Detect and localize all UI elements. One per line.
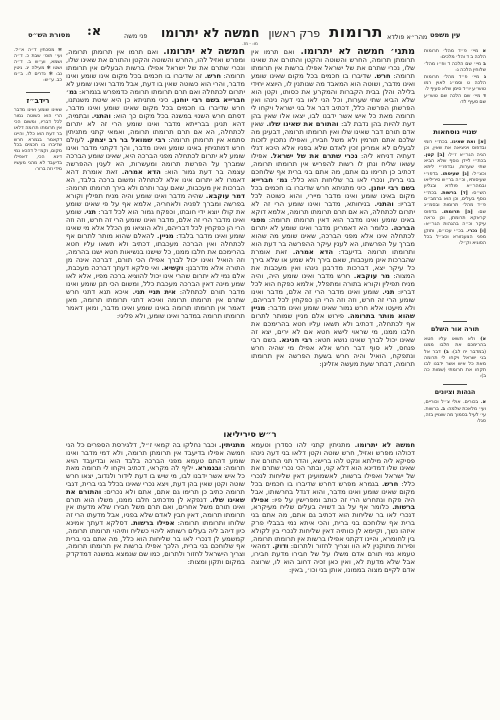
- divider: [26, 92, 50, 93]
- ridbaz-text: שאינו שומע ואינו מדבר הרי הוא כשוטה גמור…: [14, 108, 62, 178]
- chapter-name: חמשה לא יתרומו: [161, 25, 259, 40]
- pnei-moshe-column: חמשה לא יתרומו. ואם תרמו אין תרומתן תרומ…: [66, 48, 245, 429]
- talmud-page: מסורת הש״ס א: פני משה חמשה לא יתרומו פרק…: [0, 0, 500, 720]
- sirilio-section-heading: ר״ש סיריליאו: [0, 430, 500, 440]
- shinuyei-nuschaot-text: [א] ואת שאינו. בכת״י רומי ובדפוס ויניציא…: [424, 139, 486, 317]
- perek-number: פרק ראשון: [268, 27, 320, 40]
- mahara-fulda-column: מתני׳ חמשה לא יתרומו. ואם תרמו אין תרומת…: [251, 48, 415, 429]
- ein-mishpat-entries: א מיי׳ פ״ד מהל׳ תרומות הלכה ב ד והל׳ מלכ…: [424, 48, 486, 118]
- vilna-daf-reference: מו: - מז.: [222, 42, 278, 47]
- left-margin-column: ✻ מסכתין ד״ה א״ל. ועי׳ תוס׳ שבת כ. ד״ה ו…: [14, 48, 62, 178]
- hagahot-vetziyunim-heading: הגהות וציונים: [424, 388, 486, 396]
- masechet-name: תרומות: [329, 23, 383, 41]
- masoret-hashas-notes: ✻ מסכתין ד״ה א״ל. ועי׳ תוס׳ שבת כ. ד״ה ו…: [14, 48, 62, 87]
- shinuyei-nuschaot-heading: שנויי נוסחאות: [424, 128, 486, 136]
- sirilio-left-column: מתניתין. וכבר נחלקו בה קמאי ז״ל, דלגירסת…: [66, 442, 245, 624]
- ridbaz-heading: רידב״ז: [14, 96, 62, 105]
- divider: [443, 124, 467, 125]
- daf-number: א:: [87, 24, 101, 39]
- hagahot-vetziyunim-text: א. בכורים. אולי צ״ל וכוריים, ועי׳ מלאכת …: [424, 399, 486, 422]
- mahara-fulda-header-label: מהר״א פולדא: [387, 33, 427, 41]
- divider: [443, 321, 467, 322]
- sirilio-right-column: חמשה לא יתרומו. מתניתין קתני להו כסדרן ו…: [251, 442, 415, 620]
- right-margin-column: א מיי׳ פ״ד מהל׳ תרומות הלכה ב ד והל׳ מלכ…: [424, 48, 486, 422]
- torah-or-heading: תורה אור השלם: [424, 325, 486, 333]
- divider: [443, 384, 467, 385]
- page-title: חמשה לא יתרומו פרק ראשון תרומות: [161, 23, 383, 41]
- ein-mishpat-header-label: עין משפט: [430, 31, 460, 39]
- torah-or-text: א) ולא תשאו עליו חטא בהרימכם את חלבו ממנ…: [424, 336, 486, 380]
- pnei-moshe-header-label: פני משה: [124, 32, 147, 40]
- masoret-hashas-header-label: מסורת הש״ס: [28, 31, 70, 39]
